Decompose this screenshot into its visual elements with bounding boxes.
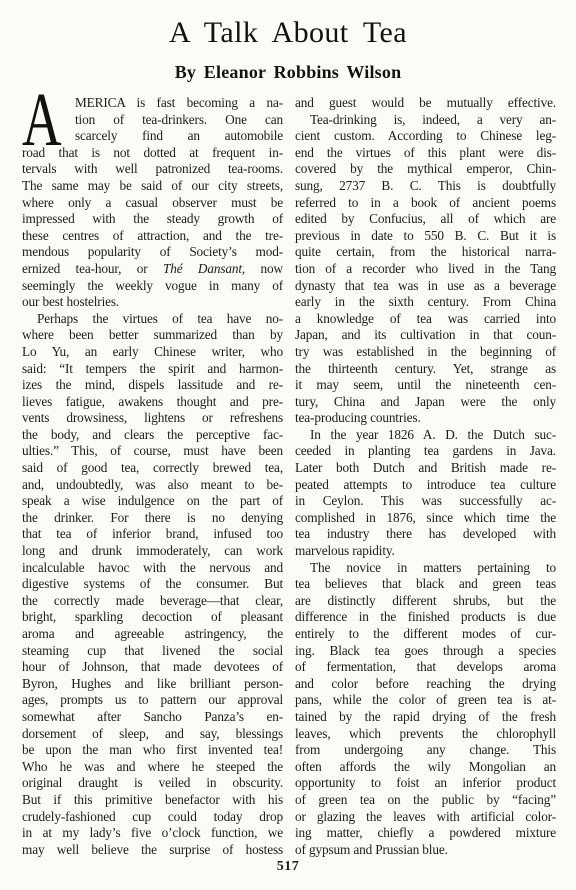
text-line: pans, while the color of green tea is at… [295, 692, 556, 709]
text-line: But if this primitive benefactor with hi… [22, 792, 283, 809]
text-line: digestive systems of the consumer. But [22, 576, 283, 593]
text-line: The novice in matters pertaining to [295, 560, 556, 577]
text-line: and guest would be mutually effective. [295, 95, 556, 112]
page: A Talk About Tea By Eleanor Robbins Wils… [0, 0, 576, 890]
text-line: and color before reaching the drying [295, 676, 556, 693]
text-line: ing. Black tea goes through a species [295, 643, 556, 660]
text-line: it may seem, until the nineteenth cen- [295, 377, 556, 394]
text-line: that tea of inferior brand, infused too [22, 526, 283, 543]
text-line: tea believes that black and green teas [295, 576, 556, 593]
text-line: where only a casual observer must be [22, 195, 283, 212]
text-line: said: “It tempers the spirit and harmon- [22, 361, 283, 378]
text-line: edited by Confucius, all of which are [295, 211, 556, 228]
text-line: ceeded in planting tea gardens in Java. [295, 443, 556, 460]
text-line: hour of Johnson, that made devotees of [22, 659, 283, 676]
text-line: tervals with well patronized tea-rooms. [22, 161, 283, 178]
text-line: may well believe the surprise of hostess [22, 842, 283, 859]
text-line: early in the sixth century. From China [295, 294, 556, 311]
text-line: of fermentation, that develops aroma [295, 659, 556, 676]
text-line: a knowledge of tea was carried into [295, 311, 556, 328]
column-right-lines: and guest would be mutually effective.Te… [295, 95, 556, 858]
text-line: leaves, which prevents the chlorophyll [295, 726, 556, 743]
text-line: the body, and clears the perceptive fac- [22, 427, 283, 444]
text-line: in Ceylon. This was successfully ac- [295, 493, 556, 510]
text-line: complished in 1876, since which time the [295, 510, 556, 527]
text-line: of green tea on the public by “facing” [295, 792, 556, 809]
text-line: covered by the mythical emperor, Chin- [295, 161, 556, 178]
text-line: try was established in the beginning of [295, 344, 556, 361]
text-line: quite certain, from the historical narra… [295, 244, 556, 261]
column-left-lines: MERICA is fast becoming a na-tion of tea… [22, 95, 283, 858]
text-line: speak a wise indulgence on the part of [22, 493, 283, 510]
text-line: tion of a recorder who lived in the Tang [295, 261, 556, 278]
text-line: from undergoing any change. This [295, 742, 556, 759]
text-line: ulties.” This, of course, must have been [22, 443, 283, 460]
text-line: peated attempts to introduce tea culture [295, 477, 556, 494]
text-line: these centres of attraction, and the tre… [22, 228, 283, 245]
text-line: tury, China and Japan were the only [295, 394, 556, 411]
text-line: previous in date to 550 B. C. But it is [295, 228, 556, 245]
text-line: lieves fatigue, awakens thought and pre- [22, 394, 283, 411]
page-number: 517 [0, 859, 576, 875]
text-line: Lo Yu, an early Chinese writer, who [22, 344, 283, 361]
text-line: be upon the man who first invented tea! [22, 742, 283, 759]
text-column-right: and guest would be mutually effective.Te… [295, 95, 556, 858]
text-line: ernized tea-hour, or Thé Dansant, now [22, 261, 283, 278]
text-line: tea-producing countries. [295, 410, 556, 427]
text-line: izes the mind, dispels lassitude and re- [22, 377, 283, 394]
text-line: entirely to the different modes of cur- [295, 626, 556, 643]
text-line: opportunity to foist an inferior product [295, 775, 556, 792]
text-line: seemingly the weekly vogue in many of [22, 278, 283, 295]
text-column-left: A MERICA is fast becoming a na-tion of t… [22, 95, 283, 858]
text-line: somewhat after Sancho Panza’s en- [22, 709, 283, 726]
text-line: Who he was and where he steeped the [22, 759, 283, 776]
text-line: long and drunk immoderately, can work [22, 543, 283, 560]
text-line: The same may be said of our city streets… [22, 178, 283, 195]
text-line: referred to in a book of ancient poems [295, 195, 556, 212]
text-line: ages, prompts us to pattern our approval [22, 692, 283, 709]
text-line: Byron, Hughes and like brilliant person- [22, 676, 283, 693]
text-line: dynasty that tea was in use as a beverag… [295, 278, 556, 295]
text-line: incalculable havoc with the nervous and [22, 560, 283, 577]
text-line: mendous popularity of Society’s mod- [22, 244, 283, 261]
text-line: sung, 2737 B. C. This is doubtfully [295, 178, 556, 195]
text-line: marvelous rapidity. [295, 543, 556, 560]
text-line: often affords the wily Mongolian an [295, 759, 556, 776]
text-line: the thirteenth century. Yet, strange as [295, 361, 556, 378]
text-line: impressed with the steady growth of [22, 211, 283, 228]
text-line: Japan, and its cultivation in that coun- [295, 327, 556, 344]
text-line: In the year 1826 A. D. the Dutch suc- [295, 427, 556, 444]
text-line: the correctly made beverage—that clear, [22, 593, 283, 610]
text-line: where been better summarized than by [22, 327, 283, 344]
text-line: or glazing the leaves with artificial co… [295, 809, 556, 826]
text-line: cient custom. According to Chinese leg- [295, 128, 556, 145]
text-line: difference in the finished products is d… [295, 609, 556, 626]
text-line: original draught is veiled in obscurity. [22, 775, 283, 792]
text-line: the drinker. For there is no denying [22, 510, 283, 527]
text-line: and, undoubtedly, was also meant to be- [22, 477, 283, 494]
text-line: vents drowsiness, lightens or refreshens [22, 410, 283, 427]
text-line: of gypsum and Prussian blue. [295, 842, 556, 859]
drop-cap: A [22, 91, 62, 149]
text-line: aroma and agreeable astringency, the [22, 626, 283, 643]
text-line: steaming cup that livened the social [22, 643, 283, 660]
text-line: ing matter, chiefly a powdered mixture [295, 825, 556, 842]
text-line: Perhaps the virtues of tea have no- [22, 311, 283, 328]
text-line: our best hostelries. [22, 294, 283, 311]
article-byline: By Eleanor Robbins Wilson [0, 62, 576, 83]
text-line: in at my lady’s five o’clock function, w… [22, 825, 283, 842]
text-line: Tea-drinking is, indeed, a very an- [295, 112, 556, 129]
text-line: crudely-fashioned cup could today drop [22, 809, 283, 826]
text-line: tained by the rapid drying of the fresh [295, 709, 556, 726]
text-line: tea industry there has developed with [295, 526, 556, 543]
text-line: dorsement of sleep, and say, blessings [22, 726, 283, 743]
text-line: are distinctly different shrubs, but the [295, 593, 556, 610]
text-line: Later both Dutch and British made re- [295, 460, 556, 477]
text-line: end the virtues of this plant were dis- [295, 145, 556, 162]
text-line: bright, sparkling decoction of pleasant [22, 609, 283, 626]
text-line: said of good tea, correctly brewed tea, [22, 460, 283, 477]
article-title: A Talk About Tea [0, 16, 576, 50]
